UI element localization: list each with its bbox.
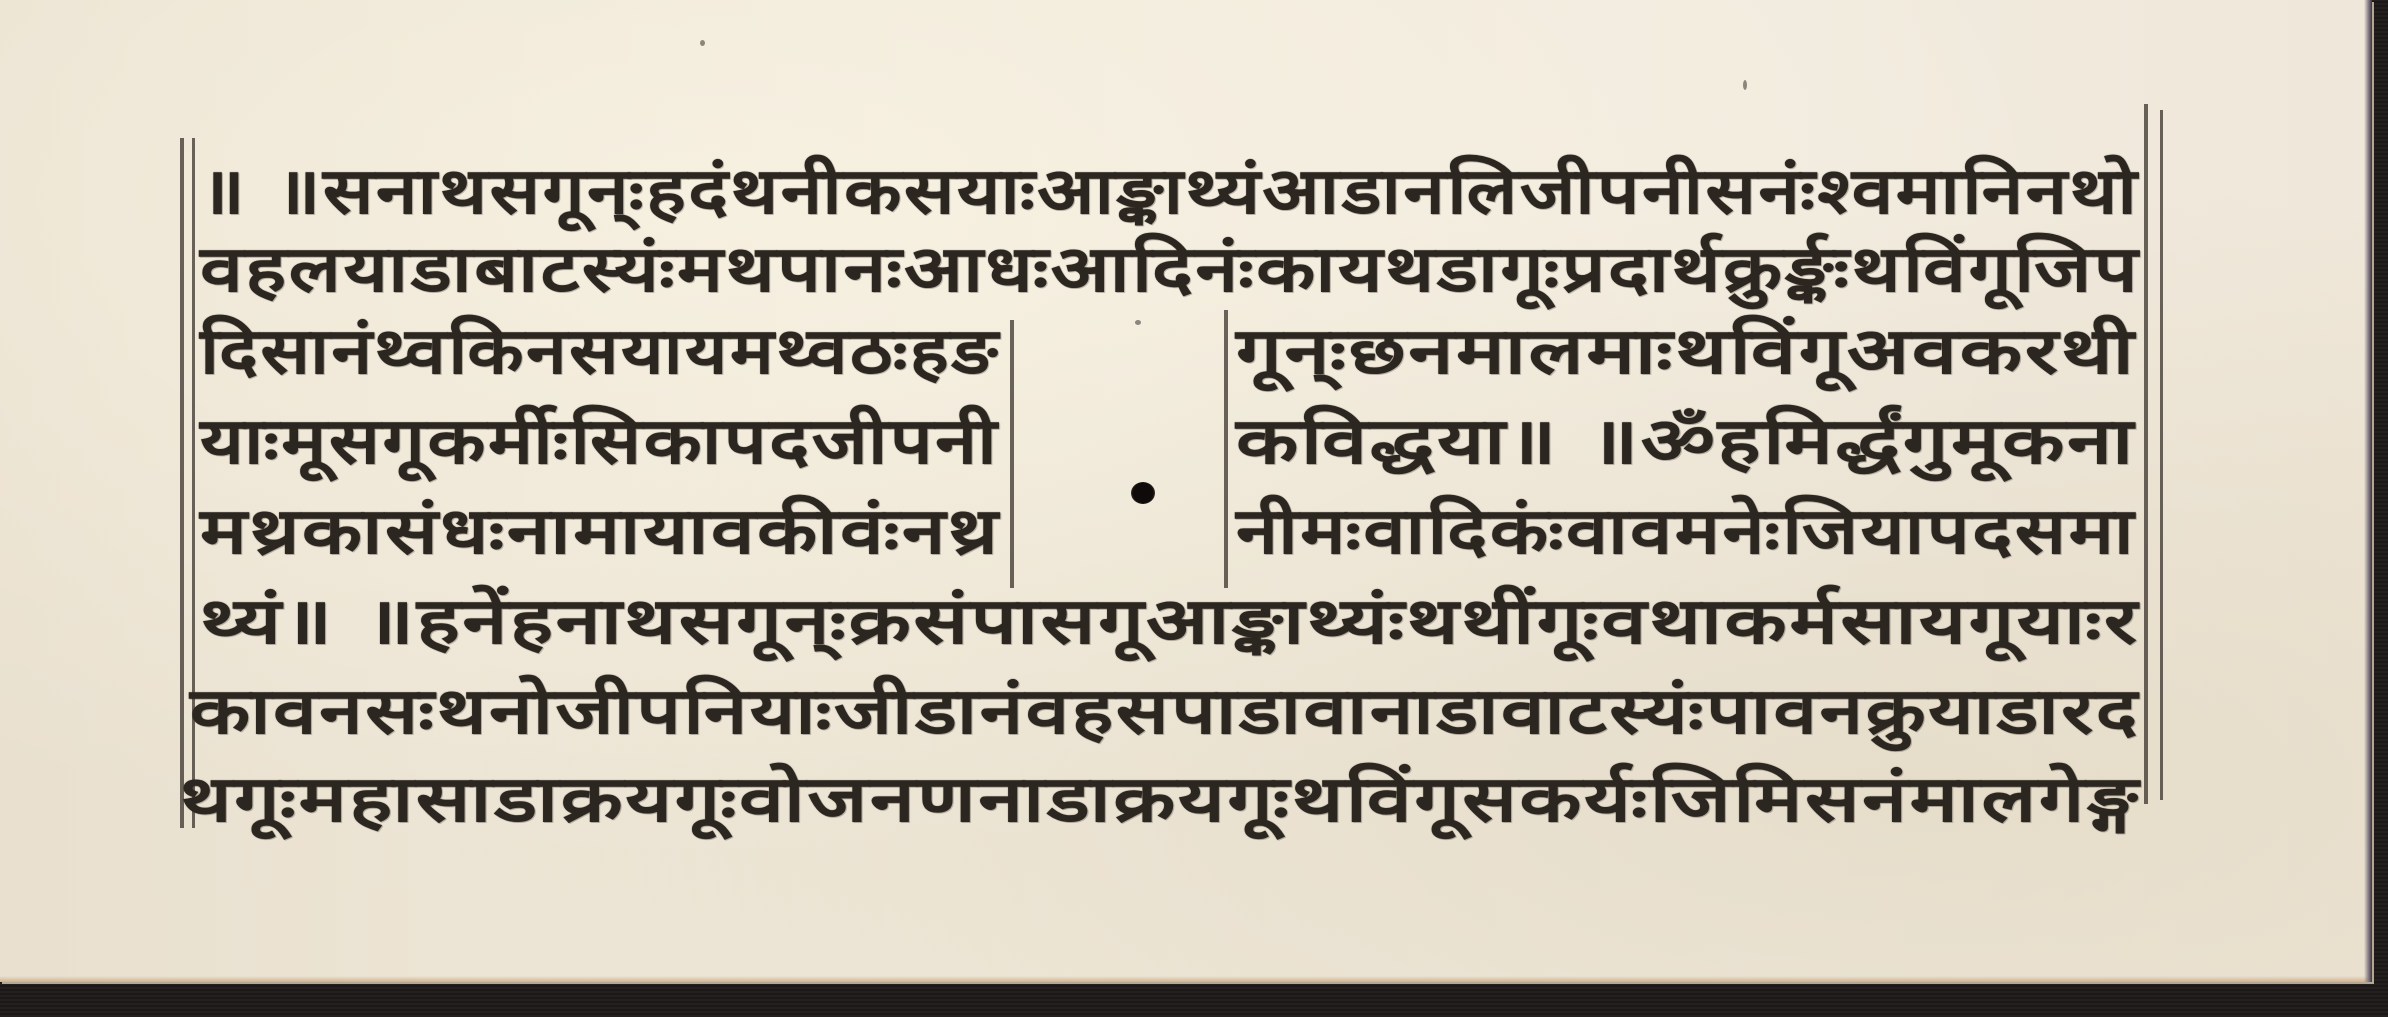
left-frame-line-outer: [180, 138, 184, 828]
text-line-2: वहलयाडाबाटस्यंःमथपानःआधःआदिनंःकायथडागूःप…: [200, 238, 2140, 302]
right-frame-line-outer: [2160, 110, 2163, 800]
text-line-7: कावनसःथनोजीपनियाःजीडानंवहसपाडावानाडावाटस…: [190, 680, 2140, 744]
ink-speck: [1743, 80, 1747, 90]
text-line-1: ॥ ॥सनाथसगून्ःहदंथनीकसयाःआङ्काथ्यंआडानलिज…: [200, 160, 2139, 224]
text-line-4-left: याःमूसगूकर्मीःसिकापदजीपनी: [200, 410, 999, 474]
manuscript-photo: ॥ ॥सनाथसगून्ःहदंथनीकसयाःआङ्काथ्यंआडानलिज…: [0, 0, 2388, 1017]
paper-edge-stain: [0, 976, 2372, 982]
text-line-8: थगूःमहासाडाक्रयगूःवोजनणनाडाक्रयगूःथविंगू…: [180, 768, 2140, 832]
text-line-5-right: नीमःवादिकंःवावमनेःजियापदसमा: [1236, 500, 2136, 564]
central-blank-panel: [1010, 322, 1225, 584]
text-line-3-left: दिसानंथ्वकिनसयायमथ्वठःहङ: [200, 320, 1000, 384]
right-frame-line-inner: [2144, 104, 2148, 804]
text-line-3-right: गून्ःछनमालमाःथविंगूअवकरथी: [1236, 320, 2136, 384]
manuscript-folio: ॥ ॥सनाथसगून्ःहदंथनीकसयाःआङ्काथ्यंआडानलिज…: [0, 0, 2372, 982]
ink-speck: [700, 40, 705, 46]
text-line-5-left: मथ्रकासंधःनामायावकीवंःनथ्र: [200, 500, 1000, 564]
string-hole: [1131, 482, 1155, 504]
text-line-4-right: कविद्धया॥ ॥ॐहमिर्द्धंगुमूकना: [1236, 410, 2136, 474]
ink-speck: [1135, 320, 1141, 325]
text-line-6: थ्यं॥ ॥हनेंहनाथसगून्ःक्रसंपासगूआङ्काथ्यं…: [200, 590, 2140, 654]
